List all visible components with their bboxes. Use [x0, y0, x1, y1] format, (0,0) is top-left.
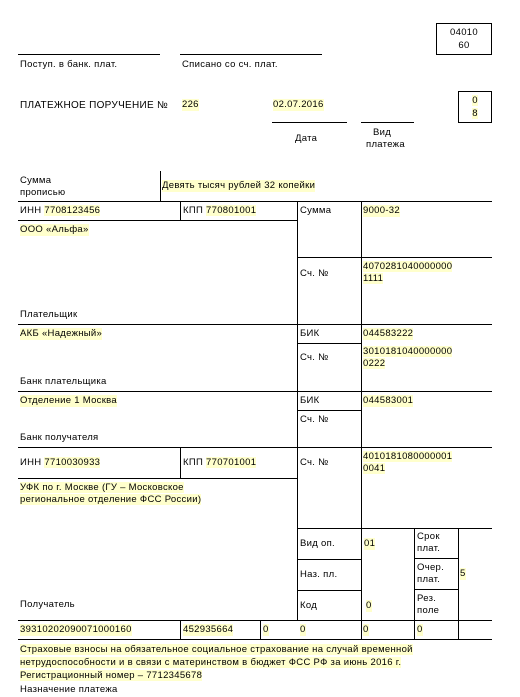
payer-kpp-value[interactable]: 770801001	[206, 205, 256, 216]
divider	[414, 589, 458, 590]
payment-type-label-1: Вид	[373, 127, 391, 139]
payer-name[interactable]: ООО «Альфа»	[20, 224, 89, 236]
divider	[297, 343, 361, 344]
divider	[18, 639, 492, 640]
order-date[interactable]: 02.07.2016	[273, 99, 324, 111]
payer-bank-label: Банк плательщика	[20, 376, 107, 388]
debited-label: Списано со сч. плат.	[182, 59, 278, 71]
payer-bank-bik-label: БИК	[300, 328, 320, 340]
tax-doc-date[interactable]: 0	[417, 624, 423, 636]
divider	[361, 201, 362, 528]
tax-period[interactable]: 0	[300, 624, 306, 636]
payment-purpose[interactable]: Страховые взносы на обязательное социаль…	[20, 643, 413, 682]
form-code-line-2: 60	[437, 39, 491, 52]
divider	[18, 447, 492, 448]
divider	[361, 122, 414, 123]
recipient-bank-bik-label: БИК	[300, 395, 320, 407]
divider	[18, 391, 492, 392]
amount-words-label-1: Сумма	[20, 175, 51, 187]
divider	[18, 220, 297, 221]
status-code-box: 0 8	[458, 91, 492, 123]
recipient-bank-name[interactable]: Отделение 1 Москва	[20, 395, 117, 407]
divider	[297, 528, 492, 529]
divider	[297, 257, 492, 258]
divider	[18, 324, 492, 325]
payment-type-label-2: платежа	[366, 139, 405, 151]
tax-doc-number[interactable]: 0	[363, 624, 369, 636]
recipient-bank-label: Банк получателя	[20, 432, 99, 444]
divider	[297, 410, 361, 411]
payer-inn: ИНН 7708123456	[20, 205, 100, 217]
divider	[180, 201, 181, 220]
reserve-label-1: Рез.	[417, 593, 436, 605]
priority-value[interactable]: 5	[460, 568, 466, 580]
divider	[361, 528, 362, 639]
payer-inn-value[interactable]: 7708123456	[44, 205, 100, 216]
tax-kbk[interactable]: 39310202090071000160	[20, 624, 132, 636]
code-value[interactable]: 0	[366, 600, 372, 612]
divider	[180, 447, 181, 478]
amount-words-value[interactable]: Девять тысяч рублей 32 копейки	[162, 180, 315, 192]
divider	[180, 620, 181, 639]
form-code-line-1: 04010	[437, 26, 491, 39]
divider	[160, 171, 161, 201]
payment-purpose-label: Назначение платежа	[20, 684, 118, 696]
divider	[18, 54, 160, 55]
payer-bank-account[interactable]: 30101810400000000222	[363, 346, 452, 370]
divider	[297, 559, 361, 560]
reserve-label-2: поле	[417, 605, 439, 617]
amount-words-label-2: прописью	[20, 187, 65, 199]
recipient-account-label: Сч. №	[300, 457, 329, 469]
page-title: ПЛАТЕЖНОЕ ПОРУЧЕНИЕ №	[20, 100, 168, 112]
sum-value[interactable]: 9000-32	[363, 205, 400, 217]
due-label-2: плат.	[417, 543, 440, 555]
form-code-box: 04010 60	[436, 23, 492, 55]
payer-kpp: КПП 770801001	[183, 205, 256, 217]
divider	[297, 590, 361, 591]
recipient-kpp-value[interactable]: 770701001	[206, 457, 256, 468]
recipient-label: Получатель	[20, 599, 75, 611]
code-label: Код	[300, 600, 317, 612]
payer-account-label: Сч. №	[300, 268, 329, 280]
recipient-inn: ИНН 7710030933	[20, 457, 100, 469]
payer-bank-name[interactable]: АКБ «Надежный»	[20, 328, 102, 340]
divider	[18, 201, 492, 202]
sum-label: Сумма	[300, 205, 331, 217]
divider	[180, 54, 322, 55]
divider	[414, 528, 415, 639]
purpose-code-label: Наз. пл.	[300, 569, 337, 581]
date-label: Дата	[295, 133, 317, 145]
divider	[260, 620, 261, 639]
divider	[18, 478, 297, 479]
payer-bank-account-label: Сч. №	[300, 352, 329, 364]
bank-received-label: Поступ. в банк. плат.	[20, 59, 117, 71]
divider	[458, 528, 459, 639]
priority-label-2: плат.	[417, 574, 440, 586]
payer-label: Плательщик	[20, 309, 77, 321]
payer-account[interactable]: 40702810400000001111	[363, 261, 452, 285]
divider	[272, 122, 347, 123]
payer-bank-bik[interactable]: 044583222	[363, 328, 413, 340]
priority-label-1: Очер.	[417, 562, 444, 574]
divider	[414, 558, 458, 559]
op-type-label: Вид оп.	[300, 538, 335, 550]
due-label-1: Срок	[417, 531, 440, 543]
recipient-bank-account-label: Сч. №	[300, 414, 329, 426]
recipient-name[interactable]: УФК по г. Москве (ГУ – Московскоерегиона…	[20, 482, 201, 506]
op-type-value[interactable]: 01	[364, 538, 375, 550]
status-code-line-2[interactable]: 8	[472, 108, 478, 119]
recipient-inn-value[interactable]: 7710030933	[44, 457, 100, 468]
recipient-bank-bik[interactable]: 044583001	[363, 395, 413, 407]
tax-basis[interactable]: 0	[263, 624, 269, 636]
recipient-kpp: КПП 770701001	[183, 457, 256, 469]
status-code-line-1[interactable]: 0	[472, 95, 478, 106]
order-number[interactable]: 226	[182, 99, 199, 111]
recipient-account[interactable]: 40101810800000010041	[363, 451, 452, 475]
divider	[18, 620, 492, 621]
tax-oktmo[interactable]: 452935664	[183, 624, 233, 636]
